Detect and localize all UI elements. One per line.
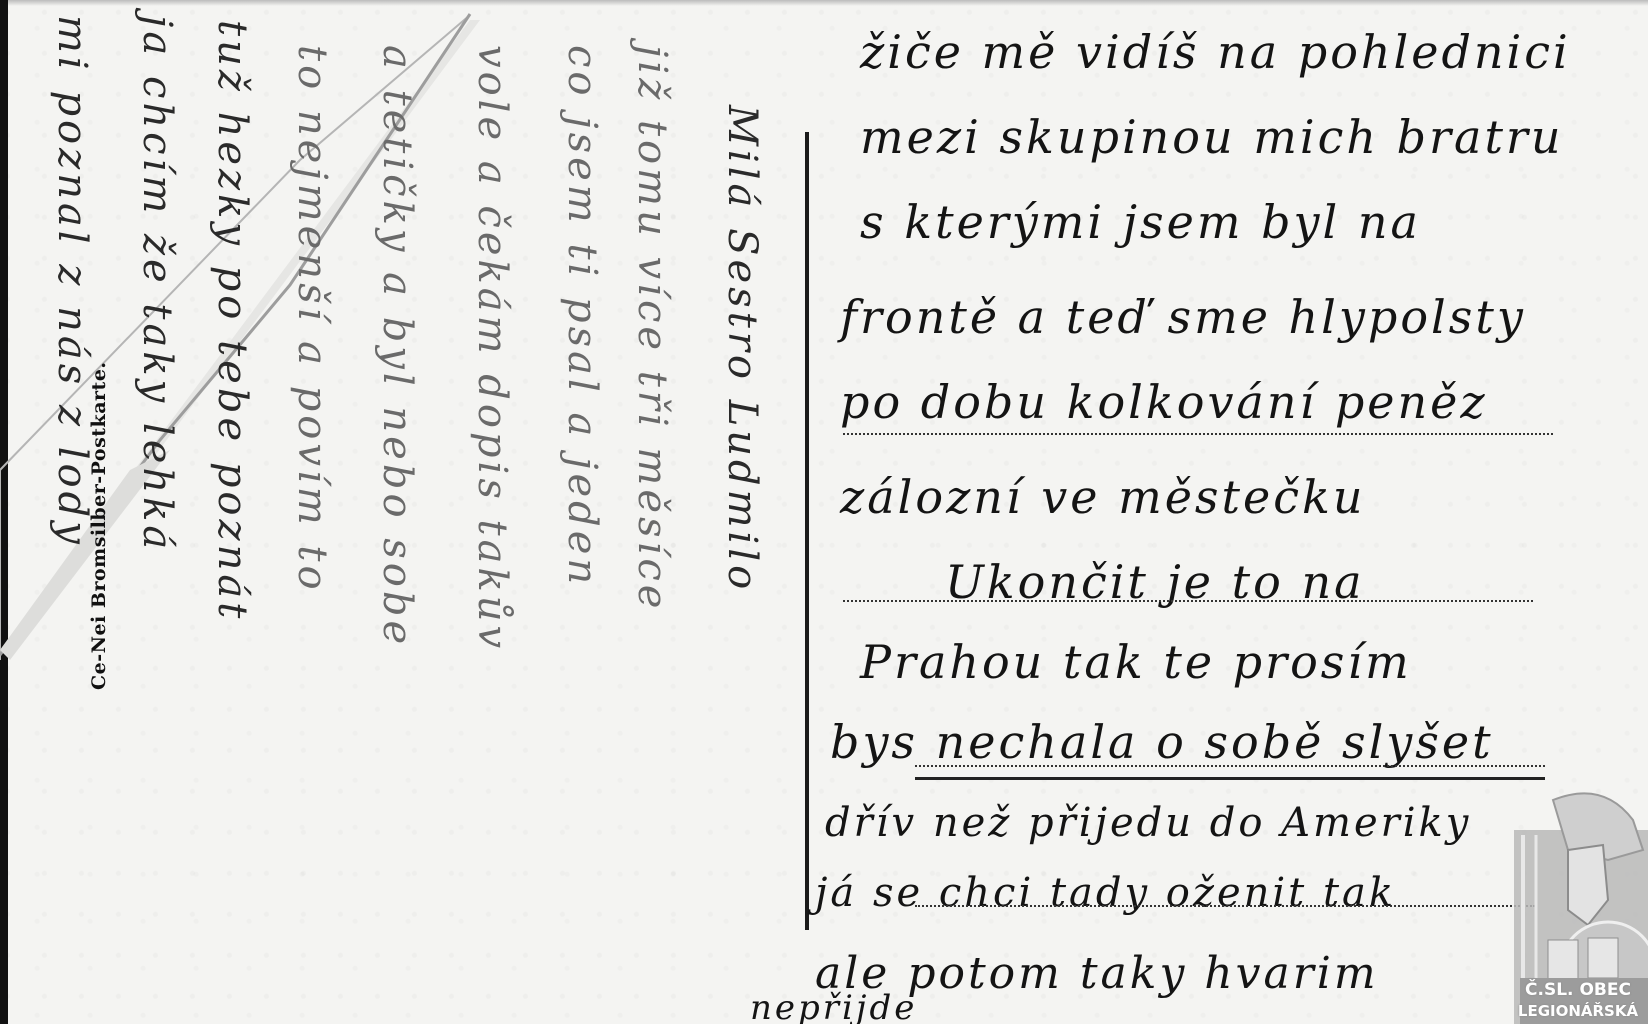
vertical-handwriting-line: Milá Sestro Ludmilo <box>719 105 765 593</box>
handwriting-line: žiče mě vidíš na pohlednici <box>860 25 1571 79</box>
vertical-handwriting-line: ja chcím že taky lehká <box>134 15 180 553</box>
vertical-handwriting-line: a tetičky a byl nebo sobe <box>374 45 420 648</box>
handwriting-line: po dobu kolkování peněz <box>840 375 1488 429</box>
scan-top-edge <box>0 0 1648 6</box>
address-dotted-line <box>843 600 1533 602</box>
address-divider-line <box>805 132 809 930</box>
handwriting-line: frontě a teď sme hlypolsty <box>840 290 1526 344</box>
logo-text-line2: LEGIONÁŘSKÁ <box>1508 1002 1648 1020</box>
vertical-handwriting-line: to nejmenší a povím to <box>289 45 335 594</box>
vertical-handwriting-line: co jsem ti psal a jeden <box>559 45 605 588</box>
scan-left-edge <box>0 0 8 1024</box>
handwriting-line: s kterými jsem byl na <box>860 195 1421 249</box>
handwriting-line: zálozní ve městečku <box>840 470 1366 524</box>
vertical-handwriting-line: tuž hezky po tebe poznát <box>209 20 255 622</box>
vertical-handwriting-line: již tomu více tři měsíce <box>629 45 675 612</box>
address-solid-line <box>915 777 1545 780</box>
postcard: Ce-Nei Bromsilber-Postkarte. Milá Sestro… <box>0 0 1648 1024</box>
vertical-handwriting-line: vole a čekám dopis takův <box>469 45 515 652</box>
address-dotted-line <box>915 765 1545 767</box>
handwriting-line: mezi skupinou mich bratru <box>860 110 1564 164</box>
handwriting-fragment: nepřijde <box>750 988 917 1024</box>
vertical-handwriting-line: mi poznal z nás z lody <box>49 15 95 548</box>
address-dotted-line <box>843 433 1553 435</box>
handwriting-line: Prahou tak te prosím <box>860 635 1412 689</box>
handwriting-line: bys nechala o sobě slyšet <box>830 715 1494 769</box>
legion-watermark-logo: Č.SL. OBEC LEGIONÁŘSKÁ <box>1508 790 1648 1024</box>
logo-text-line1: Č.SL. OBEC <box>1508 980 1648 1000</box>
address-dotted-line <box>915 905 1535 907</box>
handwriting-line: já se chci tady oženit tak <box>815 870 1396 916</box>
handwriting-line: dřív než přijedu do Ameriky <box>825 800 1471 846</box>
